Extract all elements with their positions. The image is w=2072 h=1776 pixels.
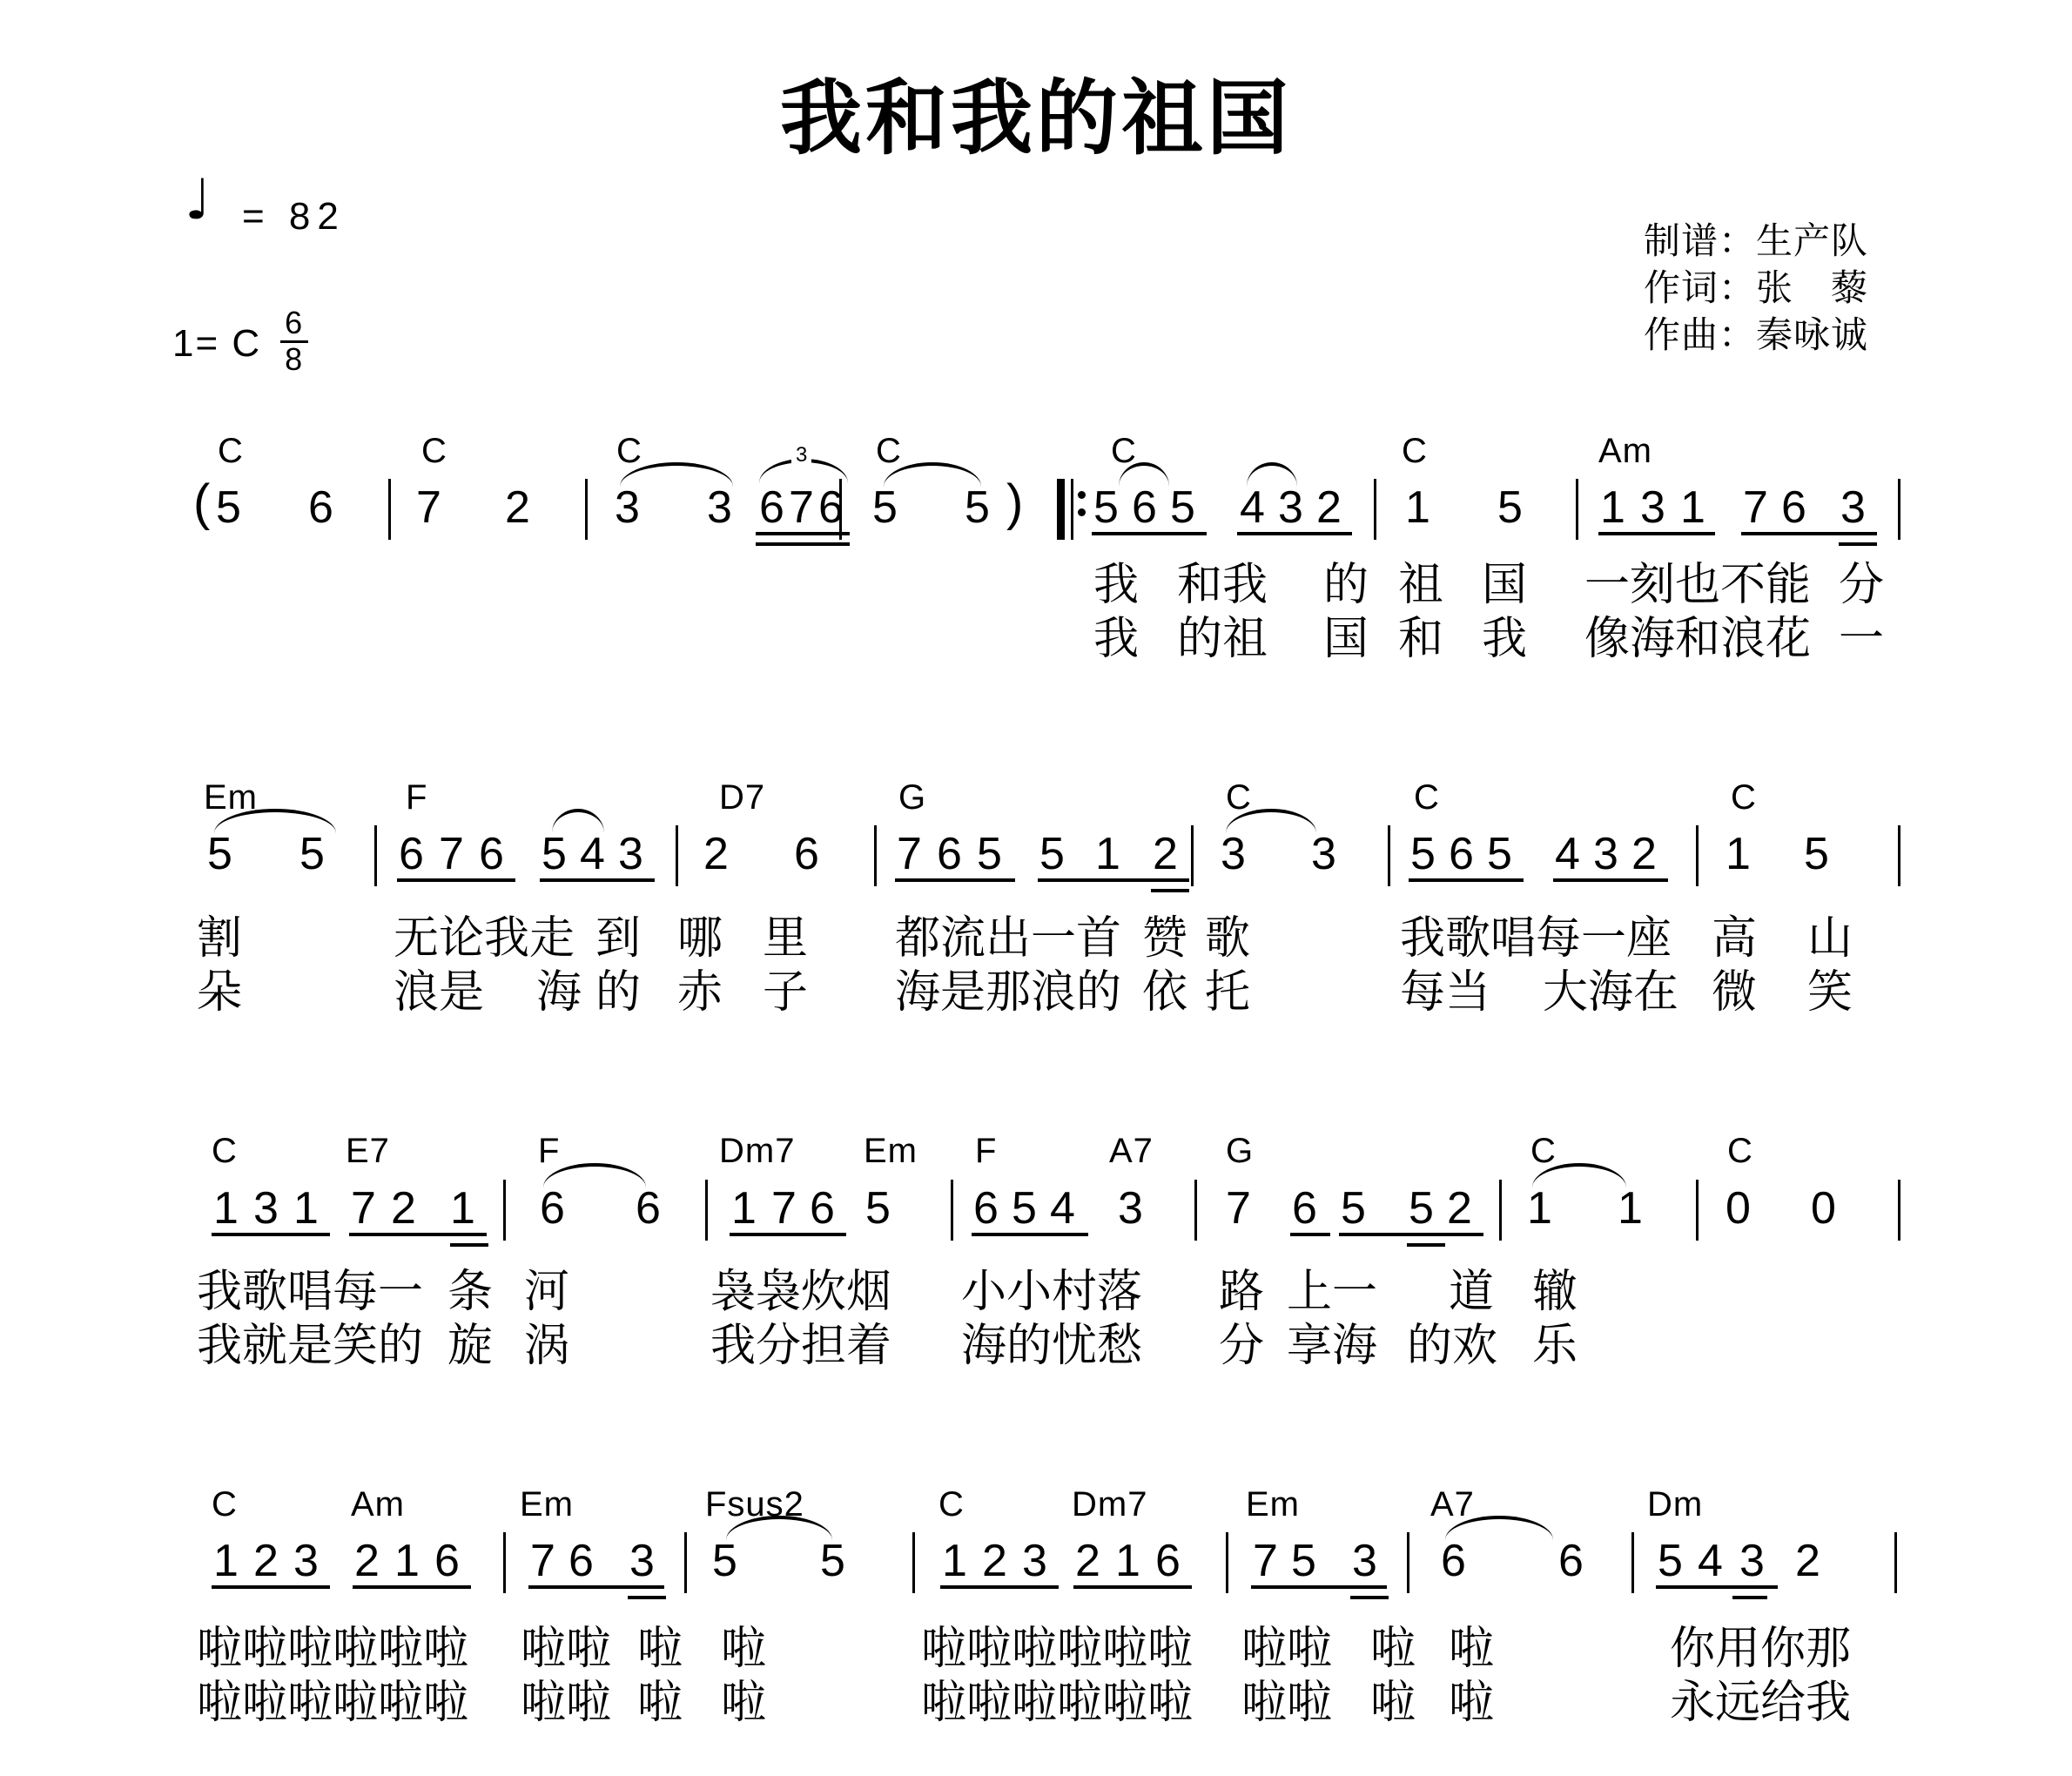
lyric-segment: 我分担着 — [710, 1323, 891, 1369]
note-digit: 6 — [1292, 1186, 1317, 1231]
beam-underline — [1038, 878, 1189, 882]
note-digit: 3 — [1352, 1538, 1377, 1584]
note-digit: 7 — [1226, 1186, 1251, 1231]
barline — [684, 1532, 687, 1593]
note-digit: 7 — [789, 485, 814, 530]
lyric-segment: 微 — [1712, 970, 1757, 1015]
beam-underline — [756, 542, 850, 546]
chord-label: C — [1226, 780, 1252, 815]
chord-label: C — [212, 1134, 238, 1168]
note-digit: 2 — [1316, 485, 1342, 530]
lyric-segment: 哪 — [677, 916, 723, 961]
note-digit: 2 — [982, 1538, 1007, 1584]
barline — [1374, 479, 1376, 540]
lyric-segment: 浪是 — [394, 970, 484, 1015]
note-digit: 5 — [1039, 831, 1065, 877]
beam-underline — [1092, 532, 1207, 535]
lyric-segment: 啦啦 — [521, 1680, 611, 1726]
note-digit: 2 — [354, 1538, 380, 1584]
note-digit: 5 — [712, 1538, 737, 1584]
note-digit: 3 — [629, 1538, 655, 1584]
chord-label: C — [1530, 1134, 1557, 1168]
note-digit: 7 — [530, 1538, 555, 1584]
lyric-segment: 啦 — [1449, 1626, 1494, 1672]
barline — [839, 479, 842, 540]
chord-label: Em — [520, 1487, 574, 1522]
note-digit: 5 — [1487, 831, 1512, 877]
barline — [1898, 479, 1900, 540]
lyric-segment: 都流出一首 — [895, 916, 1121, 961]
chord-label: D7 — [719, 780, 765, 815]
note-digit: 6 — [973, 1186, 999, 1231]
note-digit: 7 — [351, 1186, 376, 1231]
lyric-segment: 歌 — [1205, 916, 1250, 961]
beam-underline — [1290, 1233, 1330, 1236]
note-digit: 7 — [1743, 485, 1768, 530]
note-digit: 5 — [1410, 831, 1436, 877]
barline — [1898, 825, 1900, 886]
note-digit: 1 — [293, 1186, 319, 1231]
note-digit: 7 — [897, 831, 922, 877]
lyric-segment: 的 — [595, 970, 641, 1015]
quarter-note-icon: ♩ — [185, 172, 211, 228]
barline — [1226, 1532, 1228, 1593]
barline — [1576, 479, 1578, 540]
beam-underline — [1073, 1585, 1192, 1589]
lyric-segment: 啦啦啦啦啦啦 — [921, 1680, 1193, 1726]
beam-underline — [1839, 542, 1877, 546]
lyric-segment: 我 — [1093, 616, 1139, 662]
note-digit: 5 — [542, 831, 567, 877]
lyric-segment: 无论我走 — [394, 916, 575, 961]
lyric-segment: 大海在 — [1543, 970, 1678, 1015]
lyric-segment: 上一 — [1287, 1269, 1377, 1315]
chord-label: C — [616, 434, 642, 468]
lyric-segment: 祖 — [1398, 562, 1443, 608]
note-digit: 3 — [1593, 831, 1618, 877]
chord-label: F — [975, 1134, 997, 1168]
lyric-segment: 我歌唱每一 — [197, 1269, 423, 1315]
lyric-segment: 分 — [1839, 562, 1884, 608]
time-signature-numerator: 6 — [280, 306, 308, 343]
note-digit: 4 — [1698, 1538, 1723, 1584]
barline — [705, 1180, 708, 1241]
lyric-segment: 赞 — [1142, 916, 1187, 961]
key-signature: 1= C68 — [172, 306, 308, 377]
chord-label: G — [1226, 1134, 1254, 1168]
note-digit: 2 — [1075, 1538, 1100, 1584]
time-signature: 68 — [280, 306, 308, 377]
note-digit: 0 — [1811, 1186, 1836, 1231]
note-digit: 5 — [965, 485, 990, 530]
note-digit: 2 — [1795, 1538, 1820, 1584]
lyric-segment: 子 — [763, 970, 808, 1015]
beam-underline — [540, 878, 655, 882]
note-digit: 3 — [1118, 1186, 1143, 1231]
note-digit: 2 — [391, 1186, 416, 1231]
barline — [1194, 1180, 1197, 1241]
lyric-segment: 我 — [1093, 562, 1139, 608]
beam-underline — [756, 532, 850, 535]
note-digit: 6 — [1558, 1538, 1584, 1584]
beam-underline — [1553, 878, 1668, 882]
lyric-segment: 到 — [595, 916, 641, 961]
note-digit: 7 — [439, 831, 464, 877]
note-digit: 6 — [794, 831, 819, 877]
lyric-segment: 每当 — [1400, 970, 1490, 1015]
note-digit: 6 — [1155, 1538, 1181, 1584]
chord-label: E7 — [346, 1134, 390, 1168]
chord-label: C — [1402, 434, 1428, 468]
lyric-segment: 托 — [1205, 970, 1250, 1015]
chord-label: C — [1414, 780, 1440, 815]
note-digit: 5 — [1497, 485, 1523, 530]
parenthesis: ( — [193, 481, 210, 526]
song-title: 我和我的祖国 — [0, 52, 2072, 170]
barline — [1696, 1180, 1699, 1241]
credit-arranger: 制谱：生产队 — [1644, 218, 1868, 265]
beam-underline — [972, 1233, 1088, 1236]
chord-label: C — [212, 1487, 238, 1522]
credit-composer: 作曲：秦咏诚 — [1644, 312, 1868, 359]
lyric-segment: 分 — [1219, 1323, 1264, 1369]
note-digit: 6 — [937, 831, 962, 877]
barline — [1191, 825, 1194, 886]
lyric-segment: 旋 — [447, 1323, 493, 1369]
lyric-segment: 啦 — [637, 1680, 683, 1726]
lyric-segment: 路 — [1219, 1269, 1264, 1315]
sheet-music-page: 我和我的祖国 ♩ = 82 1= C68 制谱：生产队 作词：张 藜 作曲：秦咏… — [0, 0, 2072, 1776]
note-digit: 1 — [1115, 1538, 1140, 1584]
note-digit: 7 — [1253, 1538, 1278, 1584]
beam-underline — [628, 1596, 666, 1599]
chord-label: C — [1731, 780, 1757, 815]
chord-label: F — [406, 780, 427, 815]
note-digit: 1 — [942, 1538, 967, 1584]
barline — [1898, 1180, 1900, 1241]
note-digit: 1 — [450, 1186, 475, 1231]
lyric-segment: 啦 — [721, 1680, 766, 1726]
beam-underline — [528, 1585, 664, 1589]
barline — [951, 1180, 953, 1241]
lyric-segment: 啦啦 — [1241, 1626, 1332, 1672]
lyric-segment: 啦啦啦啦啦啦 — [921, 1626, 1193, 1672]
lyric-segment: 依 — [1142, 970, 1187, 1015]
note-digit: 6 — [308, 485, 333, 530]
note-digit: 3 — [615, 485, 640, 530]
note-digit: 3 — [707, 485, 732, 530]
chord-label: Am — [351, 1487, 405, 1522]
note-digit: 7 — [416, 485, 441, 530]
note-digit: 6 — [540, 1186, 565, 1231]
note-digit: 6 — [1441, 1538, 1466, 1584]
note-digit: 1 — [1527, 1186, 1552, 1231]
beam-underline — [1741, 532, 1877, 535]
note-digit: 5 — [1291, 1538, 1316, 1584]
beam-underline — [1350, 1596, 1389, 1599]
note-digit: 5 — [1804, 831, 1829, 877]
lyric-segment: 一刻也不能 — [1584, 562, 1811, 608]
note-digit: 2 — [505, 485, 530, 530]
chord-label: Dm — [1647, 1487, 1703, 1522]
barline — [874, 825, 877, 886]
lyric-segment: 一 — [1839, 616, 1884, 662]
note-digit: 5 — [299, 831, 325, 877]
lyric-segment: 的祖 — [1177, 616, 1268, 662]
lyric-segment: 我就是笑的 — [197, 1323, 423, 1369]
beam-underline — [1407, 1243, 1445, 1247]
beam-underline — [349, 1233, 487, 1236]
barline — [374, 825, 377, 886]
note-digit: 4 — [1555, 831, 1580, 877]
tempo-value: = 82 — [242, 195, 346, 239]
note-digit: 6 — [810, 1186, 835, 1231]
credit-lyricist: 作词：张 藜 — [1644, 265, 1868, 312]
barline — [1388, 825, 1390, 886]
note-digit: 4 — [1240, 485, 1265, 530]
beam-underline — [1598, 532, 1715, 535]
lyric-segment: 和我 — [1177, 562, 1268, 608]
credits: 制谱：生产队 作词：张 藜 作曲：秦咏诚 — [1644, 218, 1868, 358]
note-digit: 5 — [216, 485, 241, 530]
barline — [1696, 825, 1699, 886]
note-digit: 1 — [394, 1538, 420, 1584]
note-digit: 5 — [1341, 1186, 1366, 1231]
lyric-segment: 涡 — [524, 1323, 569, 1369]
note-digit: 6 — [479, 831, 504, 877]
note-digit: 3 — [1022, 1538, 1047, 1584]
lyric-segment: 的 — [1323, 562, 1369, 608]
lyric-segment: 国 — [1482, 562, 1527, 608]
note-digit: 1 — [1680, 485, 1705, 530]
lyric-segment: 道 — [1449, 1269, 1494, 1315]
note-digit: 3 — [253, 1186, 279, 1231]
lyric-segment: 啦 — [1370, 1626, 1416, 1672]
note-digit: 2 — [1631, 831, 1657, 877]
note-digit: 6 — [399, 831, 424, 877]
beam-underline — [450, 1243, 488, 1247]
beam-underline — [1409, 878, 1524, 882]
barline — [503, 1180, 506, 1241]
chord-label: G — [898, 780, 926, 815]
beam-underline — [212, 1585, 330, 1589]
time-signature-denominator: 8 — [280, 343, 308, 377]
note-digit: 7 — [771, 1186, 797, 1231]
lyric-segment: 赤 — [677, 970, 723, 1015]
lyric-segment: 乐 — [1532, 1323, 1578, 1369]
note-digit: 1 — [213, 1186, 239, 1231]
beam-underline — [940, 1585, 1059, 1589]
note-digit: 5 — [1012, 1186, 1037, 1231]
note-digit: 1 — [1618, 1186, 1643, 1231]
note-digit: 1 — [213, 1538, 239, 1584]
beam-underline — [730, 1233, 846, 1236]
barline — [912, 1532, 915, 1593]
lyric-segment: 海是那浪的 — [895, 970, 1121, 1015]
note-digit: 3 — [1840, 485, 1866, 530]
note-digit: 2 — [253, 1538, 279, 1584]
lyric-segment: 你用你那 — [1670, 1626, 1851, 1672]
lyric-segment: 我 — [1482, 616, 1527, 662]
note-digit: 1 — [1095, 831, 1120, 877]
beam-underline — [1656, 1585, 1778, 1589]
lyric-segment: 笑 — [1807, 970, 1853, 1015]
note-digit: 5 — [820, 1538, 845, 1584]
lyric-segment: 啦啦啦啦啦啦 — [197, 1626, 468, 1672]
lyric-segment: 条 — [447, 1269, 493, 1315]
note-digit: 6 — [759, 485, 784, 530]
lyric-segment: 啦 — [1449, 1680, 1494, 1726]
note-digit: 3 — [293, 1538, 319, 1584]
note-digit: 6 — [568, 1538, 594, 1584]
note-digit: 3 — [1640, 485, 1665, 530]
lyric-segment: 里 — [763, 916, 808, 961]
chord-label: C — [218, 434, 244, 468]
lyric-segment: 小小村落 — [961, 1269, 1142, 1315]
lyric-segment: 辙 — [1532, 1269, 1578, 1315]
barline — [388, 479, 391, 540]
chord-label: A7 — [1430, 1487, 1475, 1522]
lyric-segment: 啦 — [1370, 1680, 1416, 1726]
note-digit: 6 — [636, 1186, 661, 1231]
note-digit: 3 — [1311, 831, 1336, 877]
lyric-segment: 河 — [524, 1269, 569, 1315]
lyric-segment: 永远给我 — [1670, 1680, 1851, 1726]
barline — [1499, 1180, 1502, 1241]
note-digit: 5 — [1093, 485, 1119, 530]
note-digit: 3 — [1739, 1538, 1765, 1584]
lyric-segment: 我歌唱每一座 — [1400, 916, 1672, 961]
barline — [1407, 1532, 1409, 1593]
barline — [503, 1532, 506, 1593]
note-digit: 4 — [580, 831, 605, 877]
chord-label: C — [876, 434, 902, 468]
parenthesis: ) — [1006, 481, 1023, 526]
lyric-segment: 啦啦啦啦啦啦 — [197, 1680, 468, 1726]
note-digit: 1 — [1726, 831, 1751, 877]
chord-label: C — [938, 1487, 965, 1522]
beam-underline — [212, 1233, 330, 1236]
note-digit: 1 — [731, 1186, 757, 1231]
note-digit: 3 — [618, 831, 643, 877]
note-digit: 2 — [1153, 831, 1178, 877]
chord-label: C — [1727, 1134, 1753, 1168]
lyric-segment: 享海 — [1287, 1323, 1377, 1369]
chord-label: Em — [1246, 1487, 1300, 1522]
lyric-segment: 山 — [1807, 916, 1853, 961]
note-digit: 2 — [1447, 1186, 1472, 1231]
note-digit: 5 — [1170, 485, 1195, 530]
note-digit: 4 — [1050, 1186, 1075, 1231]
note-digit: 5 — [872, 485, 898, 530]
beam-underline — [1151, 889, 1189, 892]
chord-label: A7 — [1109, 1134, 1154, 1168]
note-digit: 5 — [865, 1186, 891, 1231]
lyric-segment: 国 — [1323, 616, 1369, 662]
chord-label: Am — [1598, 434, 1652, 468]
note-digit: 3 — [1278, 485, 1303, 530]
beam-underline — [1732, 1596, 1767, 1599]
key-prefix: 1= C — [172, 322, 261, 365]
slur-arc — [1247, 462, 1297, 487]
chord-label: Em — [204, 780, 258, 815]
note-digit: 3 — [1221, 831, 1246, 877]
lyric-segment: 海 — [536, 970, 582, 1015]
lyric-segment: 朵 — [197, 970, 242, 1015]
lyric-segment: 海的忧愁 — [961, 1323, 1142, 1369]
chord-label: C — [1111, 434, 1137, 468]
lyric-segment: 和 — [1398, 616, 1443, 662]
beam-underline — [895, 878, 1015, 882]
chord-label: Dm7 — [1072, 1487, 1147, 1522]
note-digit: 1 — [1600, 485, 1625, 530]
note-digit: 6 — [1449, 831, 1474, 877]
note-digit: 6 — [1781, 485, 1806, 530]
chord-label: F — [538, 1134, 560, 1168]
barline — [1894, 1532, 1897, 1593]
note-digit: 6 — [1132, 485, 1157, 530]
barline — [1631, 1532, 1634, 1593]
note-digit: 1 — [1405, 485, 1430, 530]
lyric-segment: 啦啦 — [521, 1626, 611, 1672]
barline — [585, 479, 588, 540]
beam-underline — [1251, 1585, 1387, 1589]
beam-underline — [1339, 1233, 1483, 1236]
lyric-segment: 啦 — [721, 1626, 766, 1672]
note-digit: 5 — [1409, 1186, 1434, 1231]
beam-underline — [353, 1585, 471, 1589]
note-digit: 0 — [1726, 1186, 1751, 1231]
beam-underline — [1237, 532, 1352, 535]
barline — [676, 825, 678, 886]
beam-underline — [397, 878, 515, 882]
note-digit: 5 — [207, 831, 232, 877]
lyric-segment: 袅袅炊烟 — [710, 1269, 891, 1315]
lyric-segment: 啦啦 — [1241, 1680, 1332, 1726]
lyric-segment: 割 — [197, 916, 242, 961]
chord-label: C — [421, 434, 447, 468]
note-digit: 5 — [977, 831, 1002, 877]
lyric-segment: 的欢 — [1407, 1323, 1497, 1369]
note-digit: 6 — [434, 1538, 460, 1584]
repeat-start-sign — [1057, 479, 1073, 540]
triplet-number: 3 — [791, 445, 811, 466]
note-digit: 5 — [1658, 1538, 1683, 1584]
lyric-segment: 像海和浪花 — [1584, 616, 1811, 662]
chord-label: Em — [864, 1134, 918, 1168]
lyric-segment: 高 — [1712, 916, 1757, 961]
note-digit: 2 — [703, 831, 729, 877]
chord-label: Dm7 — [719, 1134, 795, 1168]
slur-arc — [552, 809, 604, 833]
lyric-segment: 啦 — [637, 1626, 683, 1672]
